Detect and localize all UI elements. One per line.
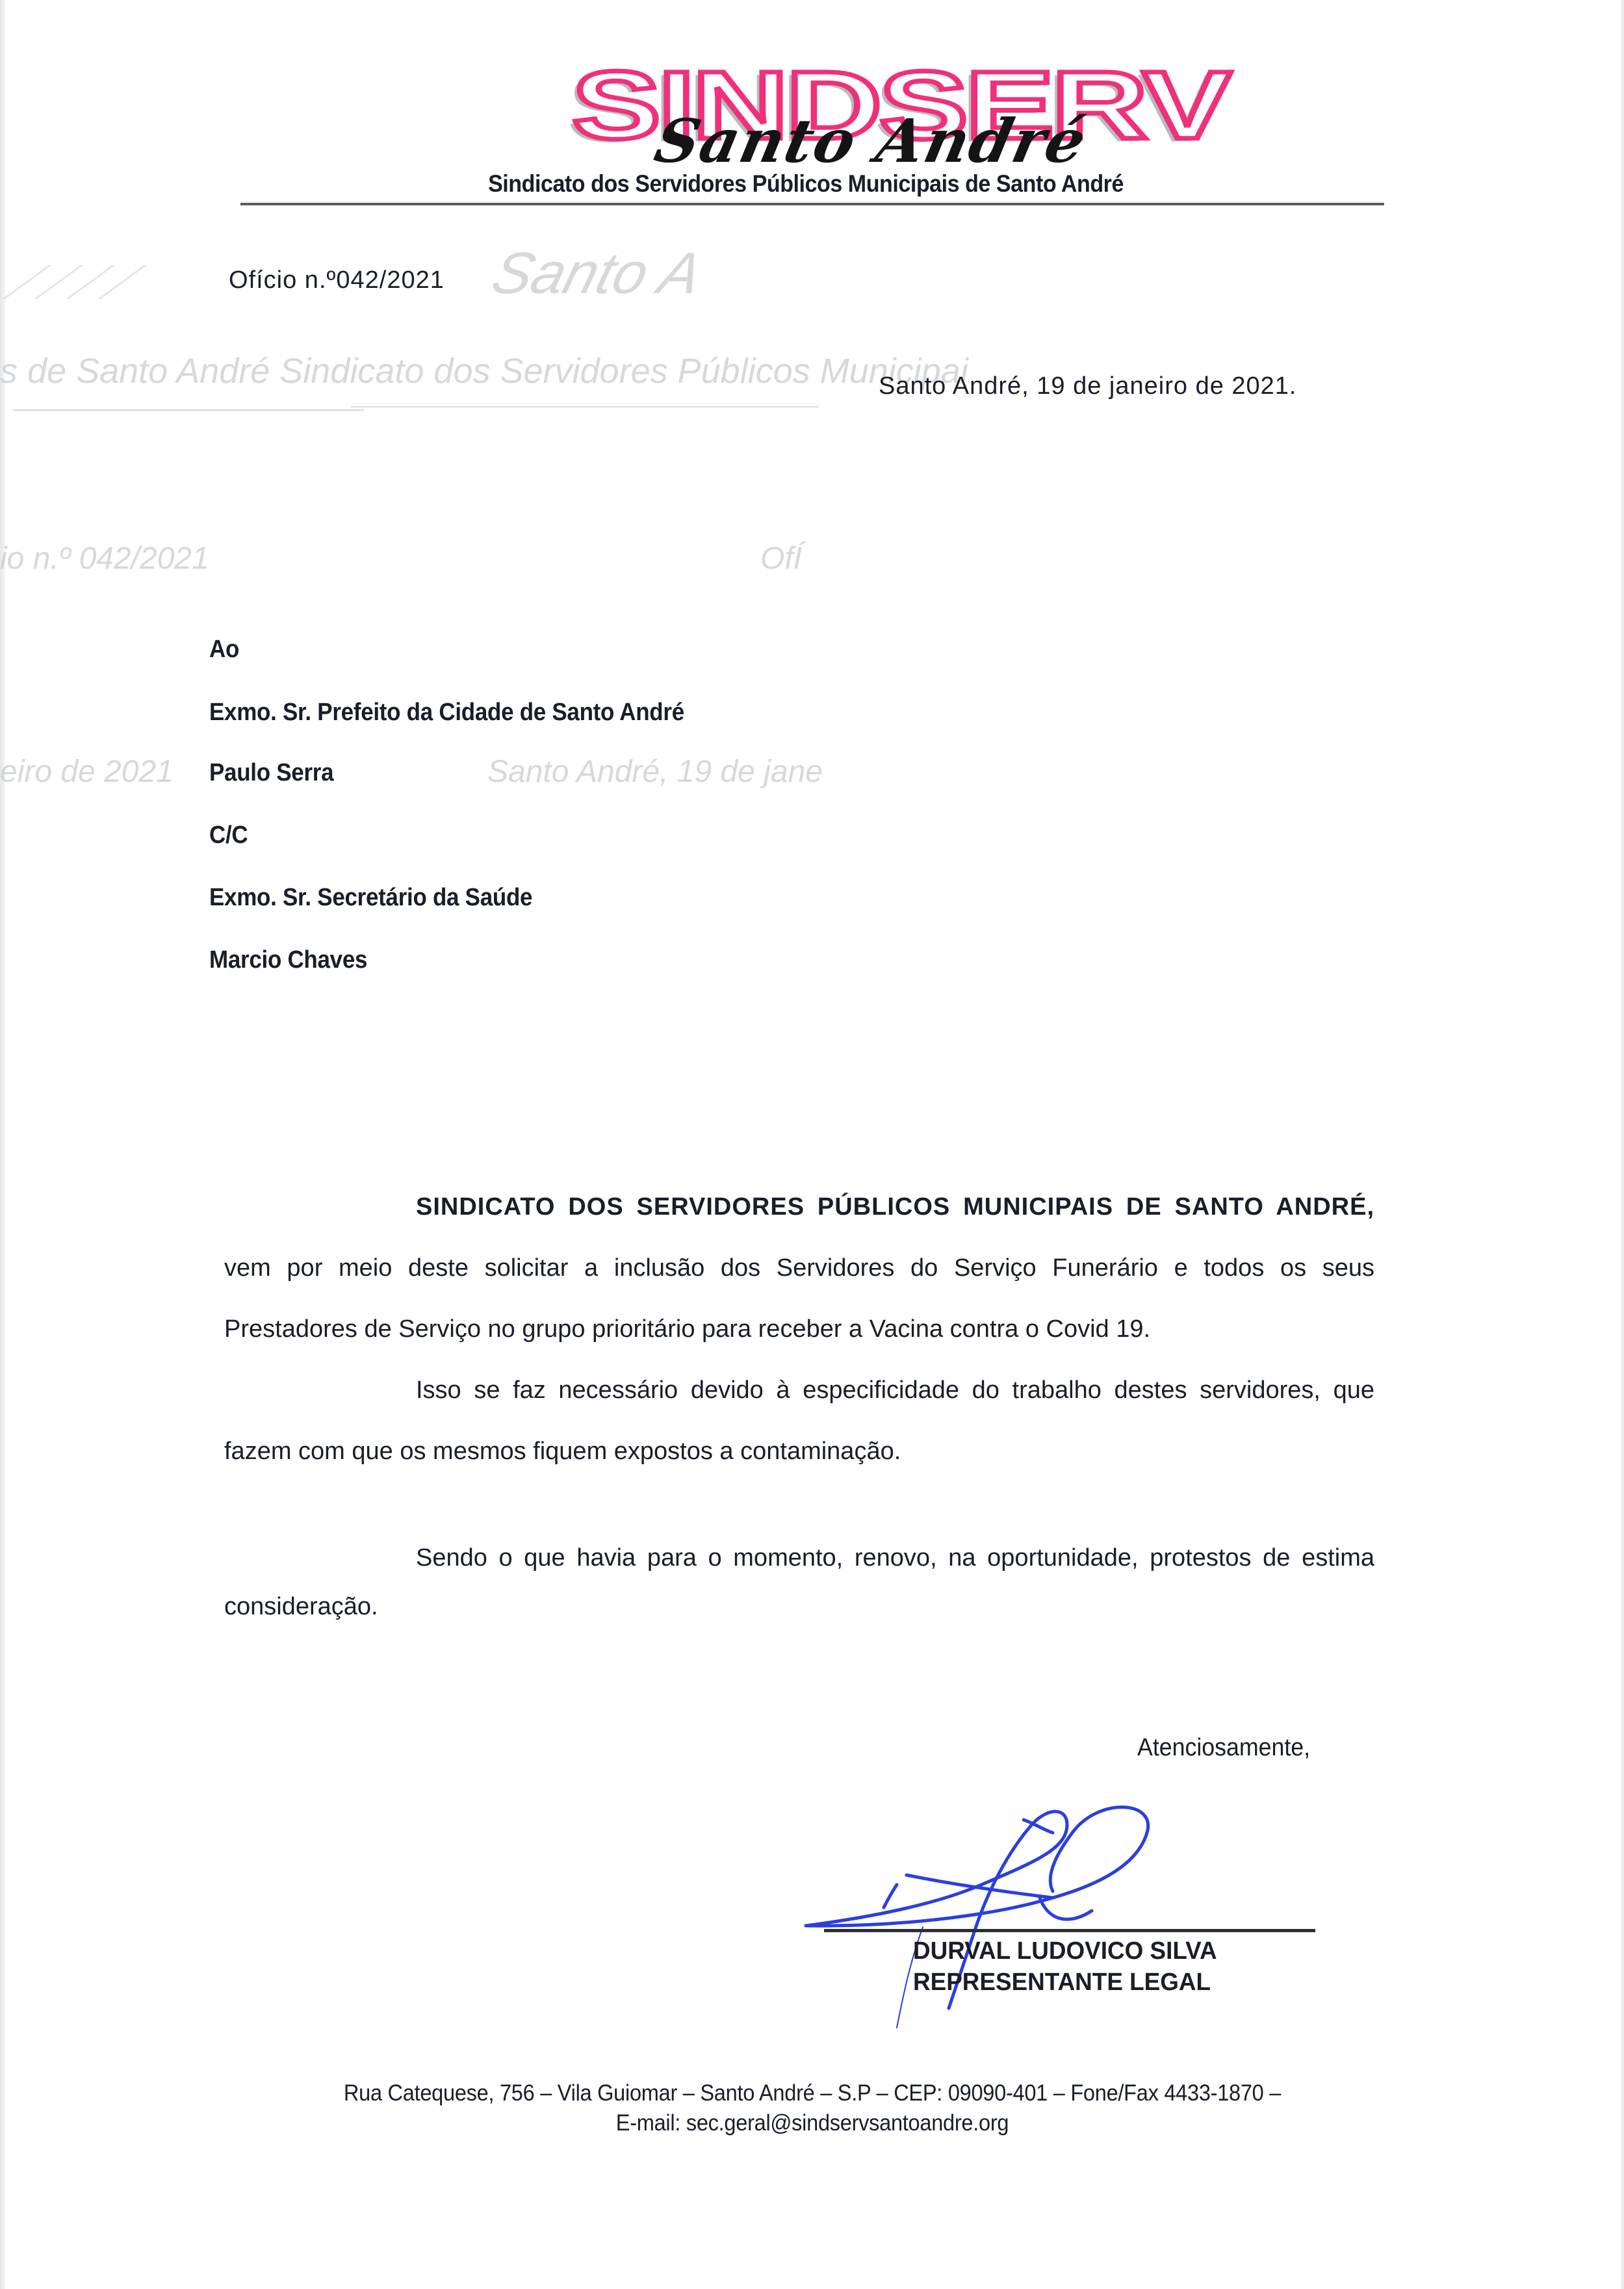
ghost-rule: [13, 409, 364, 411]
ghost-artifact: s de Santo André Sindicato dos Servidore…: [0, 351, 968, 391]
addressee-line: Exmo. Sr. Secretário da Saúde: [209, 884, 532, 912]
footer-address: Rua Catequese, 756 – Vila Guiomar – Sant…: [268, 2078, 1356, 2108]
addressee-line: Exmo. Sr. Prefeito da Cidade de Santo An…: [209, 699, 684, 727]
addressee-line: Ao: [209, 636, 239, 664]
sindserv-logo: SINDSERV Santo André: [572, 57, 1235, 181]
ghost-artifact: Santo André, 19 de jane: [487, 754, 823, 790]
scan-edge-left: [0, 0, 5, 2289]
signer-block: DURVAL LUDOVICO SILVA REPRESENTANTE LEGA…: [913, 1935, 1217, 1998]
ghost-artifact: io n.º 042/2021: [0, 541, 209, 576]
letter-date: Santo André, 19 de janeiro de 2021.: [879, 372, 1296, 400]
footer-email: E-mail: sec.geral@sindservsantoandre.org: [268, 2108, 1356, 2138]
body-paragraph-1: SINDICATO DOS SERVIDORES PÚBLICOS MUNICI…: [224, 1176, 1374, 1360]
organization-name: Sindicato dos Servidores Públicos Munici…: [399, 170, 1212, 198]
addressee-line: C/C: [209, 821, 248, 849]
ghost-artifact: eiro de 2021: [0, 754, 174, 790]
addressee-line: Paulo Serra: [209, 759, 333, 787]
organization-name-bold: SINDICATO DOS SERVIDORES PÚBLICOS MUNICI…: [416, 1193, 1374, 1221]
signature: [793, 1794, 1170, 2034]
signer-title: REPRESENTANTE LEGAL: [913, 1967, 1217, 1998]
header-divider: [240, 203, 1384, 205]
footer-contact: Rua Catequese, 756 – Vila Guiomar – Sant…: [268, 2078, 1356, 2138]
ghost-artifact: ⟋⟋⟋⟋: [0, 257, 141, 310]
ghost-artifact: OfÍ: [760, 541, 802, 576]
body-paragraph-2: Isso se faz necessário devido à especifi…: [224, 1360, 1374, 1482]
body-paragraph-3: Sendo o que havia para o momento, renovo…: [224, 1534, 1374, 1631]
letter-body-closing: Sendo o que havia para o momento, renovo…: [224, 1534, 1374, 1631]
signer-name: DURVAL LUDOVICO SILVA: [913, 1935, 1217, 1967]
ghost-artifact: Santo A: [485, 240, 708, 307]
letter-body: SINDICATO DOS SERVIDORES PÚBLICOS MUNICI…: [224, 1176, 1374, 1482]
ghost-rule: [351, 406, 819, 407]
addressee-line: Marcio Chaves: [209, 946, 367, 974]
oficio-number: Ofício n.º042/2021: [229, 266, 445, 294]
closing-salutation: Atenciosamente,: [1137, 1734, 1310, 1762]
signature-line: [824, 1929, 1315, 1932]
logo-script-text: Santo André: [649, 106, 1093, 176]
scan-edge-right: [1621, 0, 1624, 2289]
